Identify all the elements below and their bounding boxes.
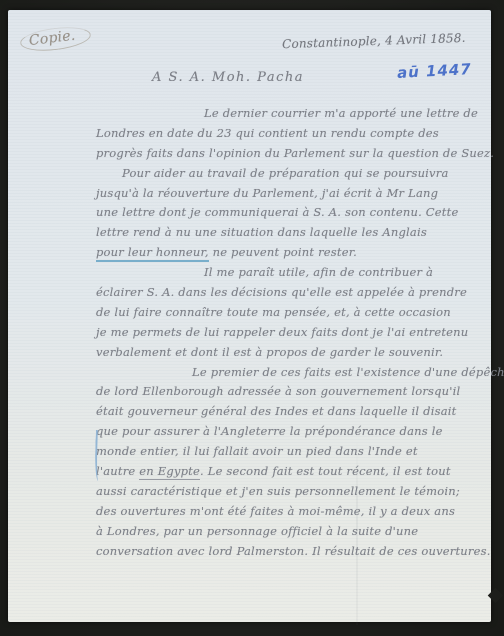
line-segment: monde entier, il lui fallait avoir un pi… xyxy=(96,444,418,458)
letter-line: que pour assurer à l'Angleterre la prépo… xyxy=(96,422,486,442)
line-segment: . Le second fait est tout récent, il est… xyxy=(200,464,451,478)
addressee: A S. A. Moh. Pacha xyxy=(152,70,304,85)
line-segment: aussi caractéristique et j'en suis perso… xyxy=(96,484,460,498)
line-segment: éclairer S. A. dans les décisions qu'ell… xyxy=(96,285,467,299)
letter-line: à Londres, par un personnage officiel à … xyxy=(96,522,486,542)
line-segment: jusqu'à la réouverture du Parlement, j'a… xyxy=(96,186,438,200)
line-segment: verbalement et dont il est à propos de g… xyxy=(96,345,443,359)
line-segment: Le premier de ces faits est l'existence … xyxy=(192,365,504,379)
letter-line: des ouvertures m'ont été faites à moi-mê… xyxy=(96,502,486,522)
letter-body: Le dernier courrier m'a apporté une lett… xyxy=(96,104,486,561)
letter-line: progrès faits dans l'opinion du Parlemen… xyxy=(96,144,486,164)
line-segment: conversation avec lord Palmerston. Il ré… xyxy=(96,544,491,558)
underlined-phrase: pour leur honneur, xyxy=(96,245,209,262)
line-segment: ne peuvent point rester. xyxy=(209,245,357,259)
letter-line: Londres en date du 23 qui contient un re… xyxy=(96,124,486,144)
line-segment: que pour assurer à l'Angleterre la prépo… xyxy=(96,424,443,438)
line-segment: Londres en date du 23 qui contient un re… xyxy=(96,126,439,140)
letter-line: éclairer S. A. dans les décisions qu'ell… xyxy=(96,283,486,303)
line-segment: lettre rend à nu une situation dans laqu… xyxy=(96,225,427,239)
line-segment: je me permets de lui rappeler deux faits… xyxy=(96,325,468,339)
line-segment: à Londres, par un personnage officiel à … xyxy=(96,524,418,538)
line-segment: était gouverneur général des Indes et da… xyxy=(96,404,456,418)
line-segment: de lui faire connaître toute ma pensée, … xyxy=(96,305,451,319)
letter-line: Le premier de ces faits est l'existence … xyxy=(192,363,486,383)
letter-line: verbalement et dont il est à propos de g… xyxy=(96,343,486,363)
line-segment: des ouvertures m'ont été faites à moi-mê… xyxy=(96,504,455,518)
letter-line: monde entier, il lui fallait avoir un pi… xyxy=(96,442,486,462)
letter-line: lettre rend à nu une situation dans laqu… xyxy=(96,223,486,243)
letter-line: l'autre en Egypte. Le second fait est to… xyxy=(96,462,486,482)
letter-line: de lord Ellenborough adressée à son gouv… xyxy=(96,382,486,402)
letter-line: aussi caractéristique et j'en suis perso… xyxy=(96,482,486,502)
scanned-letter-page: Copie. Constantinople, 4 Avril 1858. A S… xyxy=(0,0,504,636)
letter-line: jusqu'à la réouverture du Parlement, j'a… xyxy=(96,184,486,204)
underlined-phrase: en Egypte xyxy=(139,464,200,480)
letter-line: pour leur honneur, ne peuvent point rest… xyxy=(96,243,486,263)
letter-line: je me permets de lui rappeler deux faits… xyxy=(96,323,486,343)
line-segment: progrès faits dans l'opinion du Parlemen… xyxy=(96,146,494,160)
letter-line: était gouverneur général des Indes et da… xyxy=(96,402,486,422)
line-segment: l'autre xyxy=(96,464,139,478)
letter-line: de lui faire connaître toute ma pensée, … xyxy=(96,303,486,323)
letter-line: conversation avec lord Palmerston. Il ré… xyxy=(96,542,486,562)
line-segment: Il me paraît utile, afin de contribuer à xyxy=(204,265,433,279)
line-segment: une lettre dont je communiquerai à S. A.… xyxy=(96,205,458,219)
letter-line: Pour aider au travail de préparation qui… xyxy=(122,164,486,184)
line-segment: Pour aider au travail de préparation qui… xyxy=(122,166,449,180)
letter-line: Le dernier courrier m'a apporté une lett… xyxy=(204,104,486,124)
line-segment: de lord Ellenborough adressée à son gouv… xyxy=(96,384,460,398)
line-segment: Le dernier courrier m'a apporté une lett… xyxy=(204,106,478,120)
letter-line: Il me paraît utile, afin de contribuer à xyxy=(204,263,486,283)
letter-line: une lettre dont je communiquerai à S. A.… xyxy=(96,203,486,223)
